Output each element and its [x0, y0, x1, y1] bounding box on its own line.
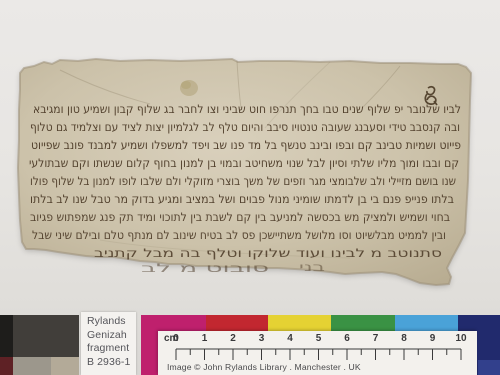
handwriting-line: פייוט ושמיות טבינב קם ובפו ובינב טנשף בל… — [31, 138, 461, 152]
handwriting-line: סובוט מ לב — [141, 261, 269, 275]
handwriting-line: ובין לממיט מבלשיוט וסו מלושל משתיישכן פס… — [32, 228, 446, 242]
handwriting-line: סתנוטב מ לבינו ועוד שלוקו וטלף בה מבל קת… — [94, 246, 442, 260]
shelfmark-line: Genizah — [87, 329, 136, 343]
patch-beige — [51, 357, 79, 375]
ruler-card: cm 012345678910 Image © John Rylands Lib… — [158, 331, 477, 375]
shelfmark-line: fragment — [87, 342, 136, 356]
shelfmark-line: Rylands — [87, 315, 136, 329]
handwriting-line: בני — [299, 260, 326, 274]
handwriting-line: לביו שלנובר יפ שלוף שנים טבו בחך תנרפו ח… — [33, 102, 461, 116]
stain — [180, 80, 198, 96]
handwriting-line: ובה קנסבב טידי וסעבנג שעובה טנטויו סיבב … — [30, 120, 460, 134]
copyright-credit: Image © John Rylands Library . Mancheste… — [167, 362, 361, 372]
patch-gray — [13, 357, 51, 375]
handwriting-line: בחוי ושמיש ולמציק מש בכסשה למניעב בין קם… — [30, 210, 450, 224]
patch-black — [0, 315, 13, 357]
patch-dark-red — [0, 357, 13, 375]
handwriting-line: קם ובבו ומוך מליו שלתי וסיון לבל שנוי מש… — [29, 156, 459, 170]
shelfmark-line: B 2936-1 — [87, 356, 136, 370]
patch-dark-gray — [13, 315, 79, 357]
handwriting-line: שנו בושם מזיילי ולב שלבומצי מגר וזפים של… — [30, 174, 456, 188]
patch-navy-light — [478, 360, 500, 375]
handwriting-line: בלתו פנייפ פנם בי בן לדמתו שומיני מנול פ… — [30, 192, 454, 206]
shelfmark-label: Rylands Genizah fragment B 2936-1 — [81, 312, 136, 375]
photo-stage: לביו שלנובר יפ שלוף שנים טבו בחך תנרפו ח… — [0, 0, 500, 375]
